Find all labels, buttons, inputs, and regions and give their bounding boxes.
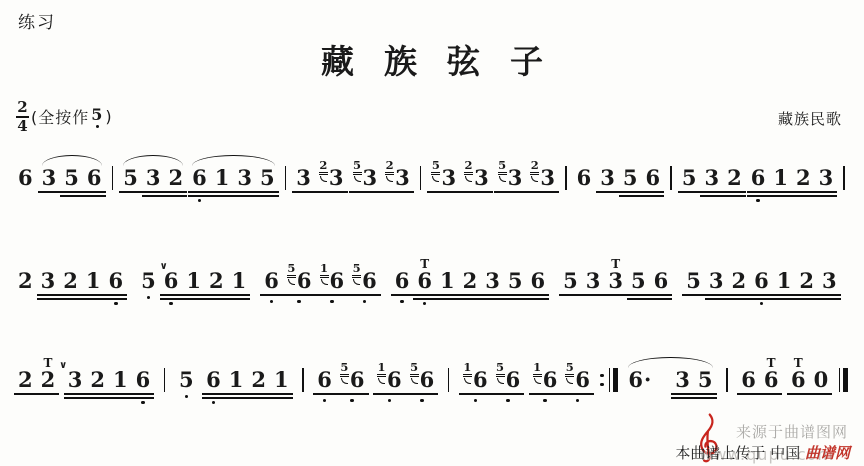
underline xyxy=(723,191,746,193)
grace-slur-hook xyxy=(411,378,418,384)
grace-digit: 5 xyxy=(498,160,506,171)
beam-group: 2356 xyxy=(459,270,550,306)
note-row: 1 xyxy=(215,167,230,189)
practice-label: 练习 xyxy=(18,8,56,33)
note-row: 6 xyxy=(192,167,207,189)
note: 2 xyxy=(86,369,109,405)
repeat-dot xyxy=(600,374,603,377)
note-row: 3 xyxy=(704,167,719,189)
underline xyxy=(64,393,87,395)
note-row: 1 xyxy=(113,369,128,391)
site-name-red: 曲谱网 xyxy=(805,444,850,462)
underline xyxy=(37,393,60,395)
note: 2 xyxy=(247,369,270,405)
underline xyxy=(109,397,132,399)
octave-dot xyxy=(114,302,118,306)
beam-group: 532 xyxy=(119,167,187,203)
note-row: 6 xyxy=(741,369,756,391)
note: 16 xyxy=(316,270,349,306)
underline xyxy=(492,393,525,395)
underline xyxy=(750,298,773,300)
grace-slur-hook xyxy=(386,176,393,182)
underline xyxy=(728,298,751,300)
grace-slur-hook xyxy=(499,176,506,182)
note-row: 2 xyxy=(41,369,56,391)
note-digit: 6 xyxy=(206,369,221,391)
note-row: 3 xyxy=(586,270,601,292)
underline xyxy=(642,195,665,197)
beam-group: 2T∨2 xyxy=(14,369,59,405)
grace-underline xyxy=(533,374,542,375)
grace-note: 5 xyxy=(431,160,440,182)
underline xyxy=(83,191,106,193)
note: 6 xyxy=(160,270,183,306)
octave-dot xyxy=(423,302,427,306)
note-digit: 6 xyxy=(297,270,312,292)
note-row: 6 xyxy=(136,369,151,391)
octave-dot xyxy=(363,300,367,304)
note-row: 23 xyxy=(530,167,555,189)
beam-group: 6121 xyxy=(160,270,251,306)
note-row: 2 xyxy=(90,369,105,391)
underline xyxy=(671,393,694,395)
octave-dot xyxy=(388,399,392,403)
note-digit: 2 xyxy=(732,270,747,292)
repeat-dot xyxy=(600,383,603,386)
beam-group: 532 xyxy=(678,167,746,203)
note-digit: 3 xyxy=(395,167,410,189)
note-row: 2 xyxy=(463,270,478,292)
beam-group: 6 xyxy=(573,167,596,203)
note: 6· xyxy=(624,369,655,405)
underline xyxy=(247,397,270,399)
beam-group: 6121 xyxy=(202,369,293,405)
underline xyxy=(436,298,459,300)
grace-underline xyxy=(464,174,473,175)
barline xyxy=(420,166,422,190)
note-row: 5 xyxy=(623,167,638,189)
octave-dot xyxy=(270,300,274,304)
note-row: 5 xyxy=(686,270,701,292)
octave-dot xyxy=(141,401,145,405)
grace-digit: 2 xyxy=(465,160,473,171)
underline xyxy=(82,298,105,300)
underline xyxy=(815,191,838,193)
note-digit: 5 xyxy=(563,270,578,292)
title-char: 族 xyxy=(384,36,417,83)
note-row: 2 xyxy=(209,270,224,292)
grace-underline xyxy=(530,172,539,173)
grace-note: 2 xyxy=(530,160,539,182)
underline xyxy=(559,294,582,296)
grace-note: 2 xyxy=(385,160,394,182)
underline xyxy=(504,298,527,300)
note: 5 xyxy=(504,270,527,306)
underline xyxy=(750,294,773,296)
underline xyxy=(413,298,436,300)
note-digit: 5 xyxy=(508,270,523,292)
trill-mark: T xyxy=(604,257,627,271)
octave-dot xyxy=(350,399,354,403)
beam-group: 6·35 xyxy=(624,369,716,405)
underline xyxy=(561,393,594,395)
beam-group: T60 xyxy=(787,369,832,405)
note: 16 xyxy=(529,369,562,405)
note: 2 xyxy=(792,167,815,203)
thick-bar xyxy=(843,368,848,392)
octave-dot xyxy=(323,399,327,403)
underline xyxy=(336,393,369,395)
underline xyxy=(728,294,751,296)
note-digit: 6 xyxy=(109,270,124,292)
note-digit: 2 xyxy=(18,369,33,391)
note: 2 xyxy=(795,270,818,306)
note-digit: 3 xyxy=(146,167,161,189)
grace-digit: 5 xyxy=(287,263,295,274)
note-digit: 6 xyxy=(741,369,756,391)
barline xyxy=(112,166,114,190)
octave-dot xyxy=(185,395,189,399)
note: 5 xyxy=(694,369,717,405)
note-digit: 2 xyxy=(90,369,105,391)
note: T6 xyxy=(760,369,783,405)
underline xyxy=(348,294,381,296)
time-signature: 2 4 xyxy=(16,100,29,134)
grace-digit: 1 xyxy=(463,362,471,373)
beam-group: 532 xyxy=(682,270,750,306)
note-digit: 5 xyxy=(141,270,156,292)
grace-underline xyxy=(533,376,542,377)
underline xyxy=(59,298,82,300)
note: 6 xyxy=(14,167,37,203)
note: 1 xyxy=(82,270,105,306)
octave-dot xyxy=(330,300,334,304)
note-digit: 3 xyxy=(42,167,57,189)
note-digit: 2 xyxy=(727,167,742,189)
note: 3 xyxy=(671,369,694,405)
note-digit: 5 xyxy=(623,167,638,189)
trill-mark: T xyxy=(787,356,810,370)
grace-underline xyxy=(377,374,386,375)
note-digit: 3 xyxy=(296,167,311,189)
note: 56 xyxy=(283,270,316,306)
note-digit: 3 xyxy=(329,167,344,189)
underline xyxy=(225,393,248,395)
note-digit: 5 xyxy=(698,369,713,391)
note: 6 xyxy=(650,270,673,306)
underline xyxy=(413,294,436,296)
note-digit: 3 xyxy=(704,167,719,189)
grace-slur-hook xyxy=(465,176,472,182)
underline xyxy=(109,393,132,395)
note-row: 5 xyxy=(64,167,79,189)
grace-note: 5 xyxy=(287,263,296,285)
underline xyxy=(247,393,270,395)
underline xyxy=(747,195,770,197)
note: 53 xyxy=(427,167,460,203)
note: T3 xyxy=(604,270,627,306)
tuning-prefix: (全按作 xyxy=(31,105,89,128)
beam-group: 6 xyxy=(391,270,414,306)
underline xyxy=(527,298,550,300)
beam-group: 5323 xyxy=(427,167,492,203)
note-row: 3 xyxy=(709,270,724,292)
note-digit: 6 xyxy=(362,270,377,292)
underline xyxy=(459,298,482,300)
grace-slur-hook xyxy=(288,279,295,285)
beam-group: ∨5 xyxy=(137,270,160,306)
note-digit: 1 xyxy=(232,270,247,292)
note: 5 xyxy=(60,167,83,203)
barline xyxy=(843,166,845,190)
note: 3 xyxy=(142,167,165,203)
note: 56 xyxy=(561,369,594,405)
grace-slur-hook xyxy=(320,176,327,182)
grace-underline xyxy=(565,374,574,375)
underline xyxy=(316,294,349,296)
note-row: 3 xyxy=(819,167,834,189)
note: 2 xyxy=(14,270,37,306)
underline xyxy=(705,298,728,300)
thick-bar xyxy=(613,368,618,392)
note: 3 xyxy=(596,167,619,203)
grace-underline xyxy=(352,277,361,278)
note-digit: 5 xyxy=(123,167,138,189)
note-digit: 2 xyxy=(463,270,478,292)
underline xyxy=(642,191,665,193)
underline xyxy=(760,393,783,395)
underline xyxy=(86,393,109,395)
note: 3 xyxy=(818,270,841,306)
note: 1 xyxy=(228,270,251,306)
octave-dot xyxy=(198,199,202,203)
note-digit: 1 xyxy=(440,270,455,292)
grace-underline xyxy=(498,172,507,173)
octave-dot xyxy=(400,300,404,304)
grace-underline xyxy=(431,174,440,175)
note-digit: 1 xyxy=(777,270,792,292)
note-row: 16 xyxy=(533,369,558,391)
underline xyxy=(132,397,155,399)
underline xyxy=(700,195,723,197)
barline xyxy=(285,166,287,190)
underline xyxy=(627,294,650,296)
note: 23 xyxy=(460,167,493,203)
grace-slur-hook xyxy=(534,378,541,384)
note-digit: 3 xyxy=(474,167,489,189)
note-row: 16 xyxy=(320,270,345,292)
underline xyxy=(105,298,128,300)
underline xyxy=(596,191,619,193)
octave-dot xyxy=(169,302,173,306)
underline xyxy=(283,294,316,296)
note-row: 6 xyxy=(417,270,432,292)
beam-group: 5323 xyxy=(349,167,414,203)
beam-group: 656 xyxy=(260,270,315,306)
underline xyxy=(391,294,414,296)
note: 16 xyxy=(459,369,492,405)
beam-group: T356 xyxy=(604,270,672,306)
grace-underline xyxy=(565,376,574,377)
final-barline xyxy=(839,368,848,392)
grace-underline xyxy=(463,376,472,377)
note-row: 2 xyxy=(727,167,742,189)
underline xyxy=(427,191,460,193)
grace-slur-hook xyxy=(354,176,361,182)
barline xyxy=(565,166,567,190)
note-digit: 6 xyxy=(543,369,558,391)
barline xyxy=(302,368,304,392)
grace-digit: 5 xyxy=(340,362,348,373)
barline xyxy=(448,368,450,392)
note: 5 xyxy=(627,270,650,306)
beam-group: 1656 xyxy=(316,270,381,306)
underline xyxy=(459,393,492,395)
note-digit: 6 xyxy=(754,270,769,292)
underline xyxy=(233,191,256,193)
tuning-instruction: (全按作 5 ) xyxy=(31,105,113,128)
note-row: 53 xyxy=(431,167,456,189)
note-row: 16 xyxy=(463,369,488,391)
note-row: 2 xyxy=(799,270,814,292)
beam-group: 1656 xyxy=(529,369,594,405)
beam-group: 6123 xyxy=(747,167,838,203)
note-row: 5 xyxy=(123,167,138,189)
note-row: 2 xyxy=(732,270,747,292)
note: 6 xyxy=(747,167,770,203)
grace-note: 5 xyxy=(353,160,362,182)
underline xyxy=(529,393,562,395)
note-digit: 6 xyxy=(764,369,779,391)
note-row: 2 xyxy=(796,167,811,189)
page-title: 藏 族 弦 子 xyxy=(0,36,864,83)
underline xyxy=(795,298,818,300)
grace-note: 2 xyxy=(319,160,328,182)
note-digit: 3 xyxy=(508,167,523,189)
note-digit: 0 xyxy=(814,369,829,391)
note-row: 3 xyxy=(608,270,623,292)
underline xyxy=(459,294,482,296)
grace-underline xyxy=(377,376,386,377)
grace-slur-hook xyxy=(566,378,573,384)
note: 5 xyxy=(256,167,279,203)
underline xyxy=(225,397,248,399)
grace-underline xyxy=(464,172,473,173)
beam-group: 3216 xyxy=(37,270,128,306)
underline xyxy=(82,294,105,296)
grace-slur-hook xyxy=(378,378,385,384)
note: 6 xyxy=(260,270,283,306)
underline xyxy=(723,195,746,197)
grace-digit: 5 xyxy=(410,362,418,373)
note: 5 xyxy=(559,270,582,306)
octave-dot xyxy=(297,300,301,304)
note: T∨2 xyxy=(37,369,60,405)
site-name-black: 中国 xyxy=(770,444,800,462)
grace-note: 2 xyxy=(464,160,473,182)
note-digit: 6 xyxy=(395,270,410,292)
note-digit: 6 xyxy=(791,369,806,391)
grace-slur-hook xyxy=(341,378,348,384)
note-digit: 2 xyxy=(41,369,56,391)
note-row: 16 xyxy=(377,369,402,391)
note: 2 xyxy=(723,167,746,203)
note-row: 56 xyxy=(565,369,590,391)
thin-bar xyxy=(839,368,841,392)
note: 5 xyxy=(678,167,701,203)
note-digit: 6 xyxy=(136,369,151,391)
note-digit: 1 xyxy=(274,369,289,391)
grace-note: 5 xyxy=(496,362,505,384)
grace-note: 5 xyxy=(498,160,507,182)
note-row: 6 xyxy=(654,270,669,292)
note: 6 xyxy=(750,270,773,306)
grace-digit: 2 xyxy=(319,160,327,171)
augmentation-dot: · xyxy=(644,369,651,391)
tuning-suffix: ) xyxy=(105,107,112,126)
underline xyxy=(671,397,694,399)
note: 6 xyxy=(642,167,665,203)
note-digit: 6 xyxy=(350,369,365,391)
note-row: 53 xyxy=(353,167,378,189)
grace-note: 5 xyxy=(340,362,349,384)
underline xyxy=(650,298,673,300)
note-row: 56 xyxy=(287,270,312,292)
note-row: 5 xyxy=(508,270,523,292)
grace-digit: 2 xyxy=(531,160,539,171)
note-digit: 1 xyxy=(773,167,788,189)
note: 1 xyxy=(270,369,293,405)
underline xyxy=(256,191,279,193)
note: 6 xyxy=(737,369,760,405)
note-row: 0 xyxy=(814,369,829,391)
note-digit: 6 xyxy=(264,270,279,292)
note-row: 6 xyxy=(531,270,546,292)
octave-dot xyxy=(96,125,99,128)
trill-mark: T xyxy=(760,356,783,370)
underline xyxy=(315,191,348,193)
note-row: 1 xyxy=(186,270,201,292)
note-row: 5 xyxy=(631,270,646,292)
watermark-source-text: 来源于曲谱图网 xyxy=(736,421,848,442)
meter-denominator: 4 xyxy=(17,119,27,134)
underline xyxy=(792,191,815,193)
underline xyxy=(494,191,527,193)
underline xyxy=(83,195,106,197)
note-row: 6 xyxy=(164,270,179,292)
note-row: 1 xyxy=(773,167,788,189)
underline xyxy=(619,191,642,193)
grace-note: 1 xyxy=(377,362,386,384)
underline xyxy=(769,191,792,193)
note: 6 xyxy=(83,167,106,203)
grace-slur-hook xyxy=(321,279,328,285)
underline xyxy=(160,294,183,296)
grace-note: 5 xyxy=(565,362,574,384)
note-row: 6 xyxy=(754,270,769,292)
meter-and-tuning: 2 4 (全按作 5 ) xyxy=(16,100,113,134)
note: 5 xyxy=(119,167,142,203)
beam-group: 356 xyxy=(38,167,106,203)
note-row: 6 xyxy=(87,167,102,189)
beam-group: 53 xyxy=(559,270,604,306)
underline xyxy=(349,191,382,193)
note-digit: 3 xyxy=(600,167,615,189)
note-digit: 6 xyxy=(18,167,33,189)
title-char: 子 xyxy=(510,36,543,83)
underline xyxy=(582,294,605,296)
note-row: 3 xyxy=(600,167,615,189)
